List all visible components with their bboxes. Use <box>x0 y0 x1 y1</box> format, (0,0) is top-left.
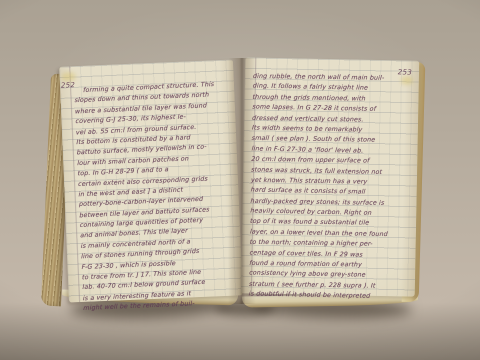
right-page: 253 ding rubble, the north wall of main … <box>241 57 419 296</box>
photograph: 252 forming a quite compact structure. T… <box>0 0 480 360</box>
right-page-text: ding rubble, the north wall of main buil… <box>249 72 417 304</box>
gutter-shadow <box>228 58 256 304</box>
left-page-text: forming a quite compact structure. Thiss… <box>74 80 241 315</box>
left-page: 252 forming a quite compact structure. T… <box>59 59 243 302</box>
